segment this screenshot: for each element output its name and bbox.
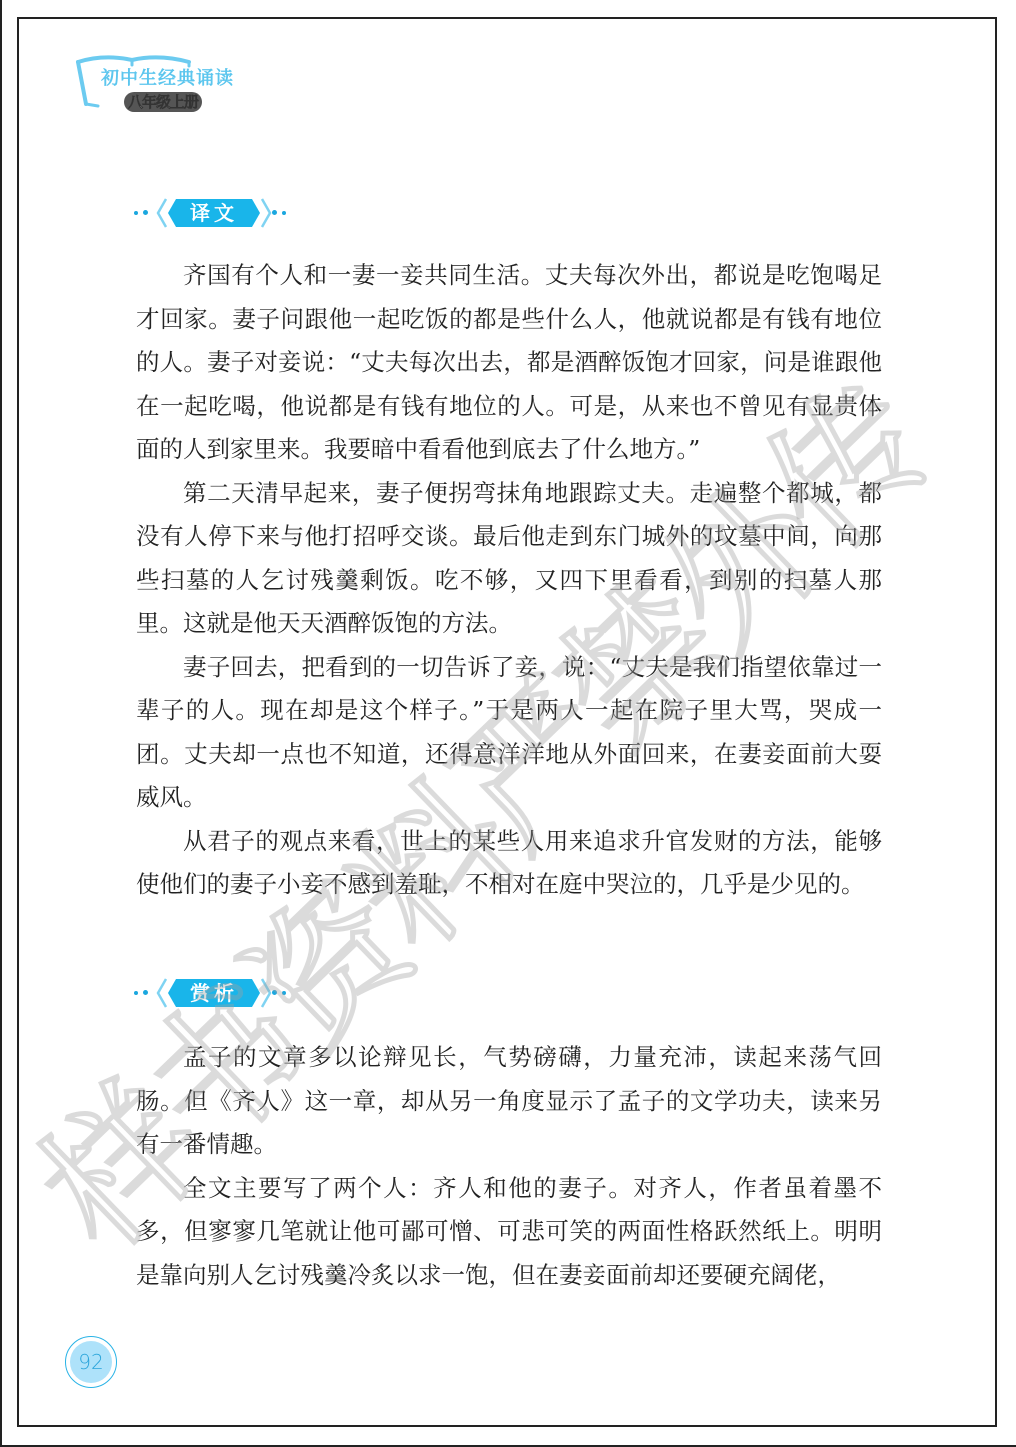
paragraph: 齐国有个人和一妻一妾共同生活。丈夫每次外出，都说是吃饱喝足才回家。妻子问跟他一起… — [136, 254, 882, 472]
translation-text: 齐国有个人和一妻一妾共同生活。丈夫每次外出，都说是吃饱喝足才回家。妻子问跟他一起… — [136, 254, 882, 907]
section-heading-translation: 译文 — [134, 196, 294, 230]
decorative-dots-right — [272, 990, 286, 995]
decorative-dots-right — [272, 210, 286, 215]
paragraph: 全文主要写了两个人：齐人和他的妻子。对齐人，作者虽着墨不多，但寥寥几笔就让他可鄙… — [136, 1167, 882, 1298]
section-heading-label: 译文 — [172, 199, 256, 227]
series-title: 初中生经典诵读 — [101, 64, 234, 90]
page-number-badge: 92 — [65, 1336, 117, 1388]
paragraph: 妻子回去，把看到的一切告诉了妾，说：“丈夫是我们指望依靠过一辈子的人。现在却是这… — [136, 646, 882, 820]
section-heading-appreciation: 赏析 — [134, 976, 294, 1010]
paragraph: 第二天清早起来，妻子便拐弯抹角地跟踪丈夫。走遍整个都城，都没有人停下来与他打招呼… — [136, 472, 882, 646]
decorative-dots-left — [134, 990, 148, 995]
scan-edge-left — [0, 0, 2, 1447]
grade-label: 八年级上册 — [124, 92, 202, 112]
section-heading-label: 赏析 — [172, 979, 256, 1007]
series-logo: 初中生经典诵读 八年级上册 — [74, 48, 274, 118]
decorative-dots-left — [134, 210, 148, 215]
page-number: 92 — [70, 1341, 112, 1383]
paragraph: 孟子的文章多以论辩见长，气势磅礴，力量充沛，读起来荡气回肠。但《齐人》这一章，却… — [136, 1036, 882, 1167]
appreciation-text: 孟子的文章多以论辩见长，气势磅礴，力量充沛，读起来荡气回肠。但《齐人》这一章，却… — [136, 1036, 882, 1297]
paragraph: 从君子的观点来看，世上的某些人用来追求升官发财的方法，能够使他们的妻子小妾不感到… — [136, 820, 882, 907]
